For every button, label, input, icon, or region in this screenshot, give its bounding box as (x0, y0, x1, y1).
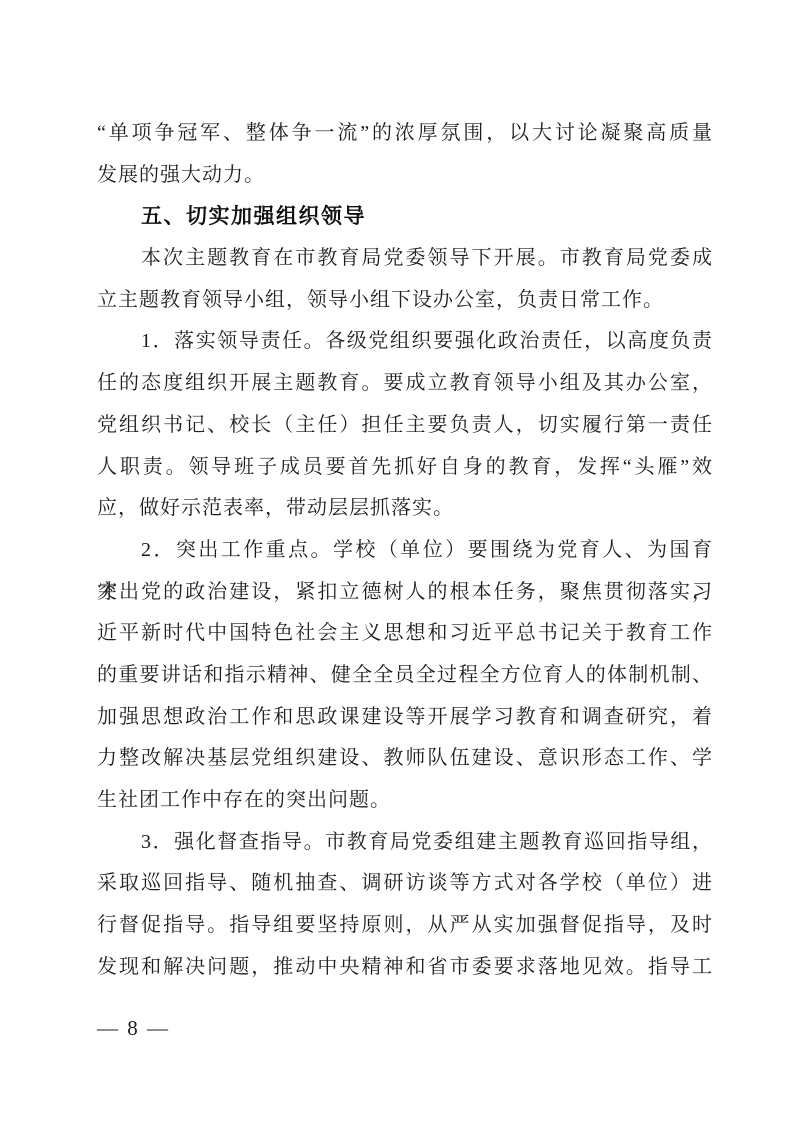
section-heading: 五、切实加强组织领导 (97, 196, 713, 238)
text-line: 3．强化督查指导。市教育局党委组建主题教育巡回指导组， (97, 822, 713, 864)
text-line: 发现和解决问题，推动中央精神和省市委要求落地见效。指导工 (97, 947, 713, 989)
text-line: 2．突出工作重点。学校（单位）要围绕为党育人、为国育才， (97, 530, 713, 572)
text-line: 任的态度组织开展主题教育。要成立教育领导小组及其办公室， (97, 363, 713, 405)
text-line: 立主题教育领导小组，领导小组下设办公室，负责日常工作。 (97, 280, 713, 322)
text-line: 加强思想政治工作和思政课建设等开展学习教育和调查研究，着 (97, 697, 713, 739)
text-line: 行督促指导。指导组要坚持原则，从严从实加强督促指导，及时 (97, 905, 713, 947)
text-line: 力整改解决基层党组织建设、教师队伍建设、意识形态工作、学 (97, 738, 713, 780)
document-text-block: “单项争冠军、整体争一流”的浓厚氛围，以大讨论凝聚高质量 发展的强大动力。 五、… (97, 113, 713, 988)
text-line: “单项争冠军、整体争一流”的浓厚氛围，以大讨论凝聚高质量 (97, 113, 713, 155)
text-line: 本次主题教育在市教育局党委领导下开展。市教育局党委成 (97, 238, 713, 280)
text-line: 突出党的政治建设，紧扣立德树人的根本任务，聚焦贯彻落实习 (97, 572, 713, 614)
text-line: 的重要讲话和指示精神、健全全员全过程全方位育人的体制机制、 (97, 655, 713, 697)
document-page: “单项争冠军、整体争一流”的浓厚氛围，以大讨论凝聚高质量 发展的强大动力。 五、… (0, 0, 800, 1131)
text-line: 生社团工作中存在的突出问题。 (97, 780, 713, 822)
text-line: 人职责。领导班子成员要首先抓好自身的教育，发挥“头雁”效 (97, 447, 713, 489)
page-number: — 8 — (97, 1016, 170, 1041)
text-line: 1．落实领导责任。各级党组织要强化政治责任，以高度负责 (97, 321, 713, 363)
text-line: 发展的强大动力。 (97, 155, 713, 197)
text-line: 近平新时代中国特色社会主义思想和习近平总书记关于教育工作 (97, 613, 713, 655)
text-line: 党组织书记、校长（主任）担任主要负责人，切实履行第一责任 (97, 405, 713, 447)
text-line: 应，做好示范表率，带动层层抓落实。 (97, 488, 713, 530)
text-line: 采取巡回指导、随机抽查、调研访谈等方式对各学校（单位）进 (97, 863, 713, 905)
